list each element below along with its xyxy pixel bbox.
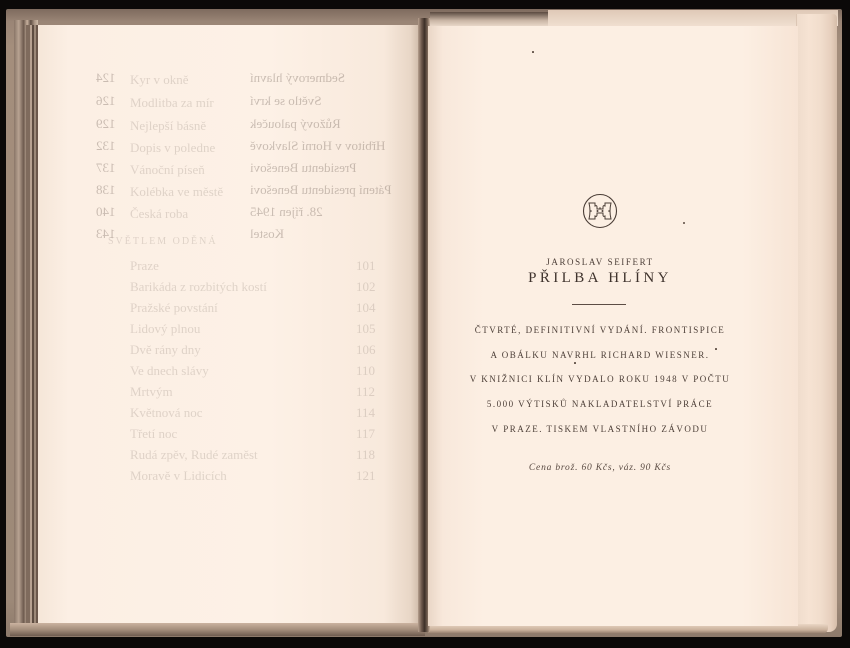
book-scan: Sedmerový hlavní 124 Světlo se krví 126 … <box>0 0 850 648</box>
ghost-title: Kostel <box>250 226 284 242</box>
imprint-line: ČTVRTÉ, DEFINITIVNÍ VYDÁNÍ. FRONTISPICE <box>428 325 772 335</box>
right-page-edges <box>796 14 837 632</box>
ghost-title: Dopis v poledne <box>130 140 215 156</box>
imprint-line: 5.000 VÝTISKŮ NAKLADATELSTVÍ PRÁCE <box>428 399 772 409</box>
left-page-edges <box>14 20 38 630</box>
ghost-page: 101 <box>356 258 376 274</box>
ghost-page: 137 <box>96 160 116 176</box>
ghost-title: Moravě v Lidicích <box>130 468 227 484</box>
ghost-title: Vánoční píseň <box>130 162 205 178</box>
right-top-edge <box>430 12 550 26</box>
publisher-monogram-icon <box>582 193 618 229</box>
ghost-title: Třetí noc <box>130 426 177 442</box>
ghost-page: 112 <box>356 384 375 400</box>
colophon: JAROSLAV SEIFERT PŘILBA HLÍNY ČTVRTÉ, DE… <box>428 26 798 626</box>
ghost-title: Mrtvým <box>130 384 173 400</box>
ghost-page: 138 <box>96 182 116 198</box>
ghost-page: 104 <box>356 300 376 316</box>
ghost-title: Lidový plnou <box>130 321 200 337</box>
ghost-title: Kyr v okně <box>130 72 189 88</box>
ghost-page: 114 <box>356 405 375 421</box>
ghost-page: 118 <box>356 447 375 463</box>
ghost-page: 106 <box>356 342 376 358</box>
ghost-title: Modlitba za mír <box>130 95 214 111</box>
ghost-page: 121 <box>356 468 376 484</box>
ghost-title: Růžový palouček <box>250 116 341 132</box>
ghost-title: Světlo se krví <box>250 93 322 109</box>
ghost-page: 117 <box>356 426 375 442</box>
ghost-page: 140 <box>96 204 116 220</box>
right-top-edge-paper <box>548 10 838 26</box>
ghost-section-heading: SVĚTLEM ODĚNÁ <box>108 236 218 247</box>
ghost-page: 110 <box>356 363 375 379</box>
ghost-title: Ve dnech slávy <box>130 363 209 379</box>
ghost-title: Presidentu Benešovi <box>250 160 357 176</box>
ghost-page: 102 <box>356 279 376 295</box>
imprint-line: V PRAZE. TISKEM VLASTNÍHO ZÁVODU <box>428 424 772 434</box>
ghost-title: Květnová noc <box>130 405 203 421</box>
price-line: Cena brož. 60 Kčs, váz. 90 Kčs <box>428 463 772 473</box>
ghost-title: Hřbitov v Horní Slavkově <box>250 138 385 154</box>
paper-speck <box>532 51 534 53</box>
title-divider <box>572 304 626 305</box>
ghost-title: Pátení presidentu Benešovi <box>250 182 392 198</box>
ghost-title: Kolébka ve městě <box>130 184 223 200</box>
ghost-page: 126 <box>96 93 116 109</box>
ghost-page: 105 <box>356 321 376 337</box>
book-title: PŘILBA HLÍNY <box>428 270 772 287</box>
ghost-title: Sedmerový hlavní <box>250 70 345 86</box>
ghost-page: 129 <box>96 116 116 132</box>
ghost-title: Česká roba <box>130 206 188 222</box>
ghost-title: Pražské povstání <box>130 300 218 316</box>
left-bottom-edge <box>10 623 425 636</box>
ghost-title: Nejlepší básně <box>130 118 206 134</box>
imprint-line: A OBÁLKU NAVRHL RICHARD WIESNER. <box>428 350 772 360</box>
paper-speck <box>715 348 717 350</box>
ghost-title: Praze <box>130 258 159 274</box>
ghost-title: Barikáda z rozbitých kostí <box>130 279 267 295</box>
paper-speck <box>574 362 576 364</box>
imprint-line: V KNIŽNICI KLÍN VYDALO ROKU 1948 V POČTU <box>428 374 772 384</box>
ghost-title: Rudá zpěv, Rudé zaměst <box>130 447 258 463</box>
ghost-page: 124 <box>96 70 116 86</box>
ghost-title: Dvě rány dny <box>130 342 201 358</box>
ghost-title: 28. říjen 1945 <box>250 204 323 220</box>
author-name: JAROSLAV SEIFERT <box>428 257 772 267</box>
ghost-page: 132 <box>96 138 116 154</box>
paper-speck <box>683 222 685 224</box>
